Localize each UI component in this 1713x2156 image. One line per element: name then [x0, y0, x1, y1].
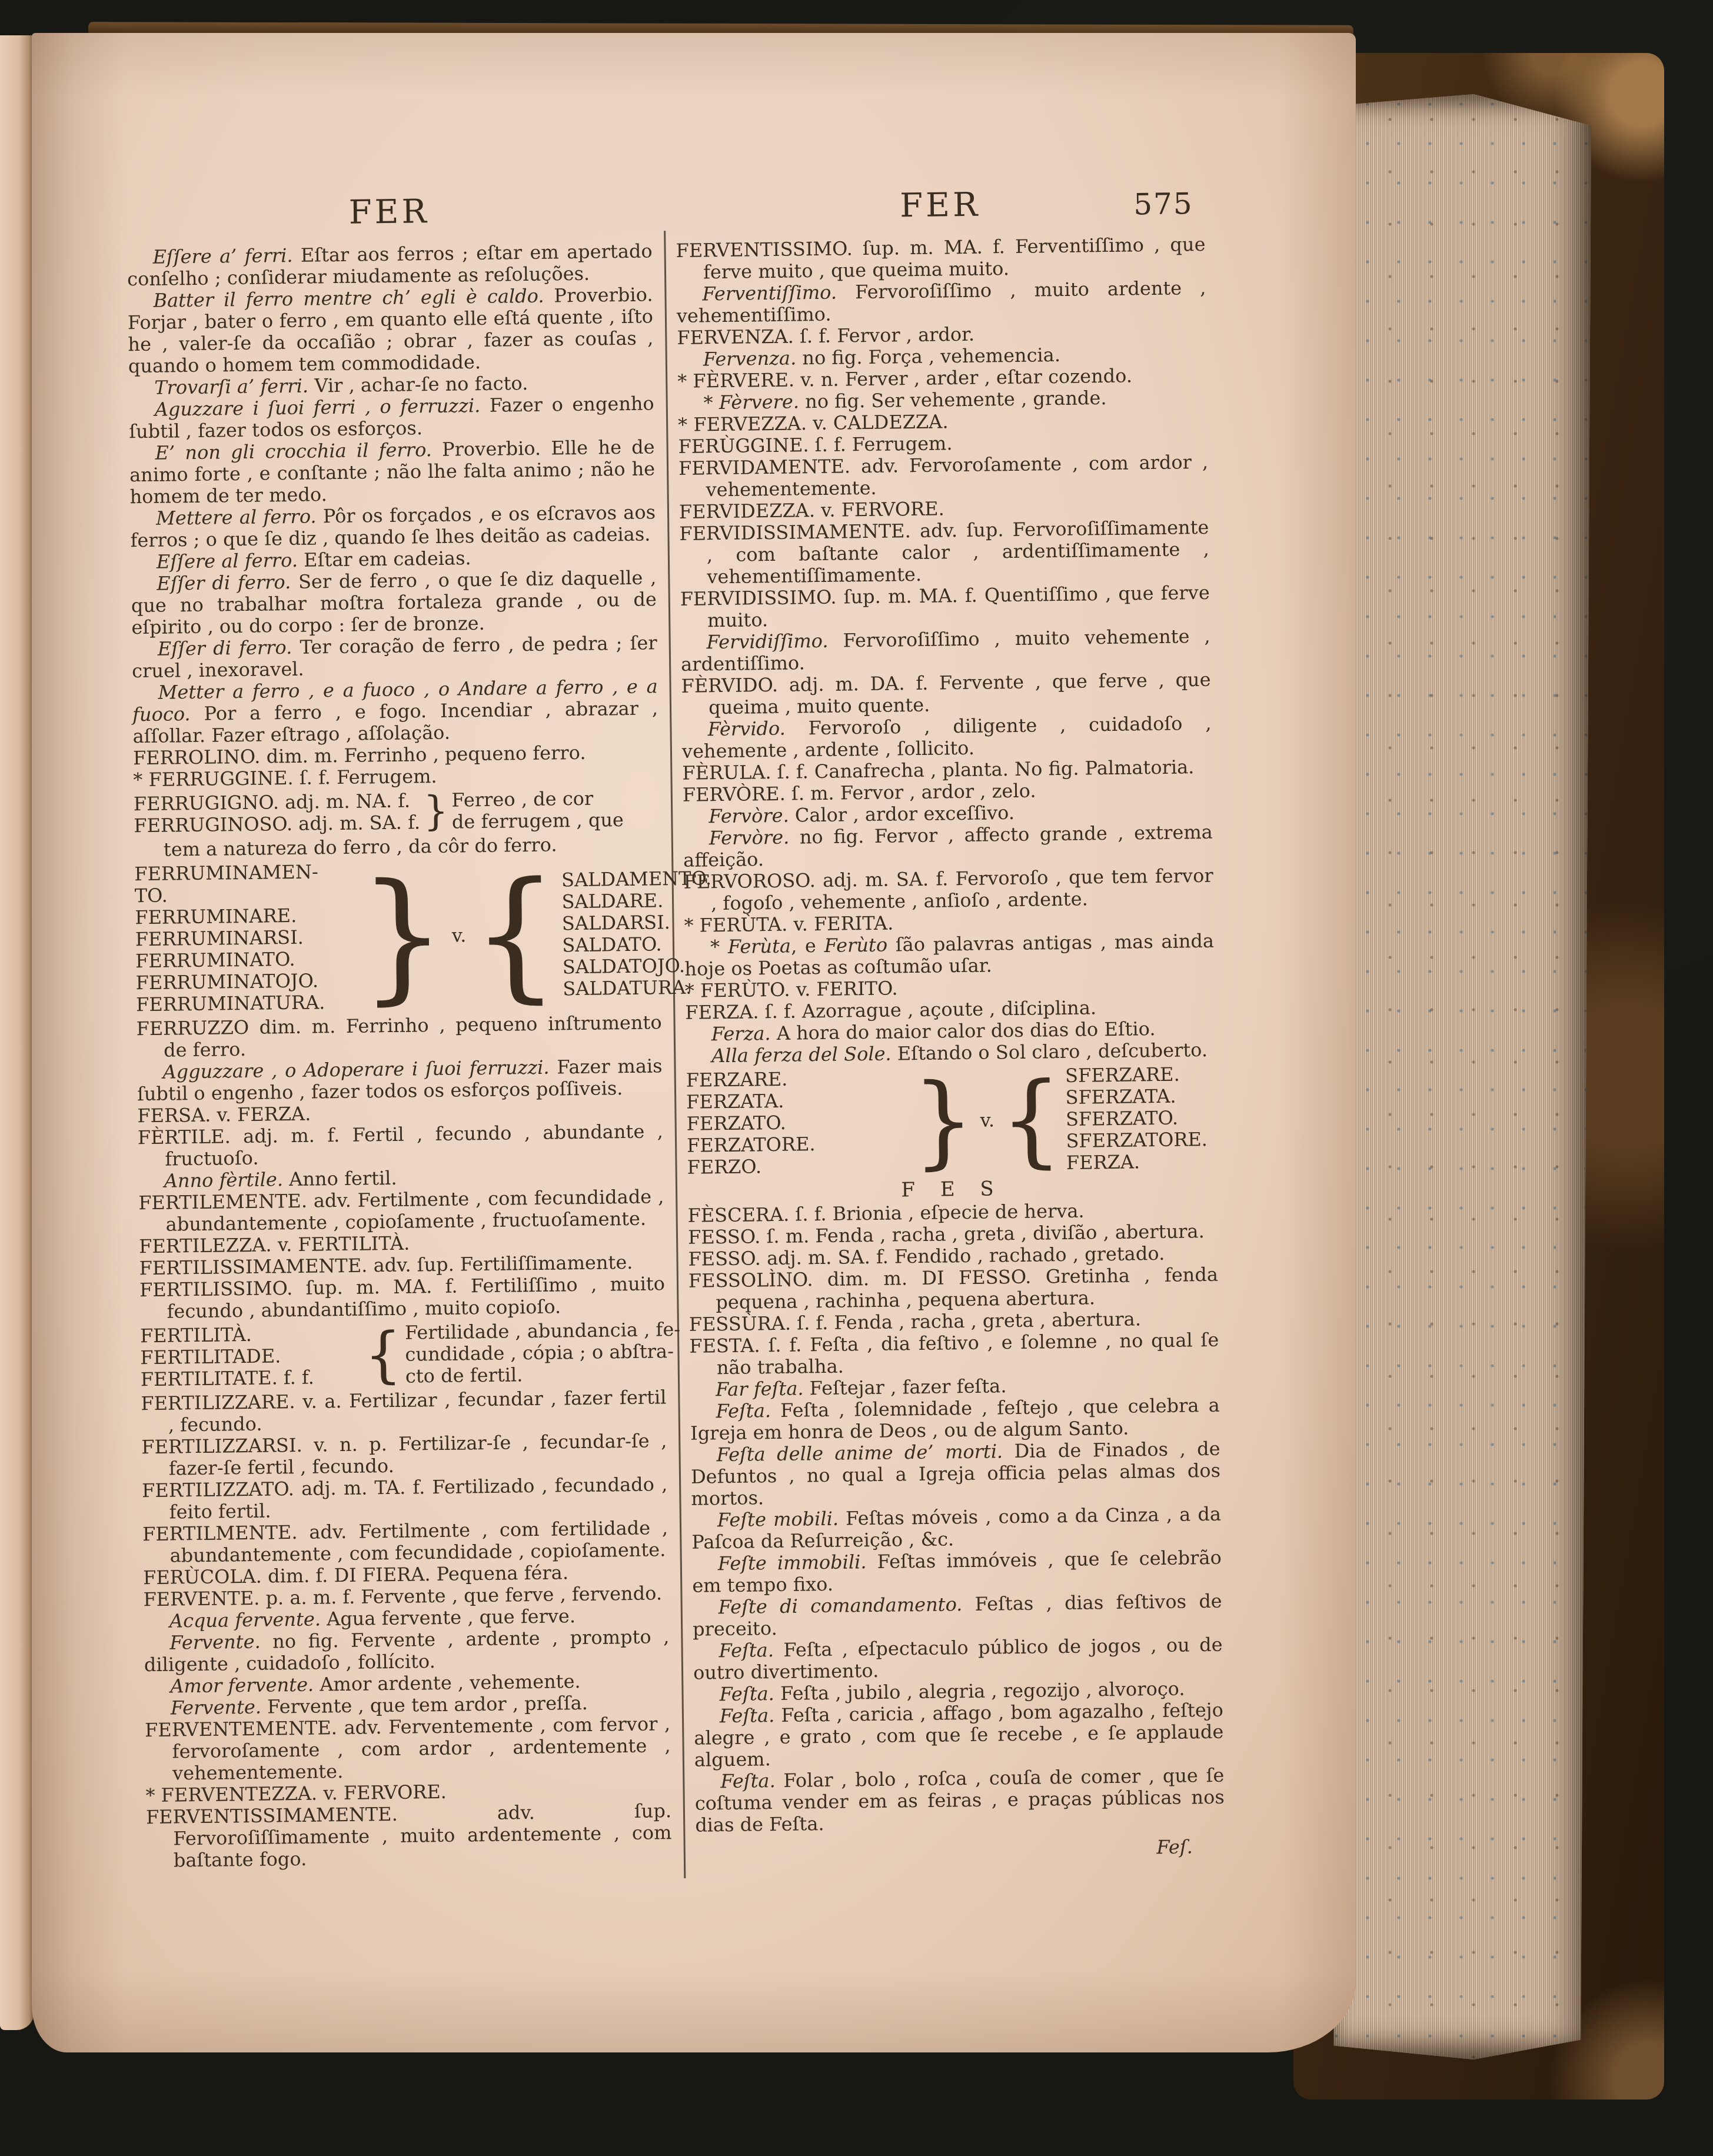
italic-run: Amor fervente. — [170, 1673, 314, 1698]
page-block-fore-edge — [1330, 94, 1591, 2059]
dictionary-entry: FERRUZZO dim. m. Ferrinho , pequeno inſt… — [136, 1012, 662, 1062]
usage-example: Feſte immobili. Feſtas immóveis , que ſe… — [692, 1547, 1222, 1597]
italic-run: Fervente. — [169, 1631, 261, 1654]
italic-run: Feſte mobili. — [717, 1508, 839, 1532]
roman-run: FESSOLÌNO. dim. m. DI FESSO. Gretinha , … — [688, 1263, 1218, 1313]
usage-example: Feſta delle anime de’ morti. Dia de Fina… — [690, 1438, 1220, 1510]
italic-run: Ferza. — [711, 1022, 771, 1045]
roman-run: FERVIDISSIMO. ſup. m. MA. f. Quentiſſimo… — [680, 581, 1210, 631]
italic-run: Fervente. — [171, 1696, 262, 1719]
roman-run: FERTILISSIMO. ſup. m. MA. f. Fertiliſſim… — [139, 1272, 665, 1322]
usage-example: Ferventiſſimo. Fervoroſiſſimo , muito ar… — [676, 277, 1206, 327]
usage-example: Feſte di comandamento. Feſtas , dias feſ… — [693, 1591, 1223, 1641]
dictionary-entry: FESTA. ſ. f. Feſta , dia feſtivo , e ſol… — [689, 1329, 1219, 1379]
italic-run: Eſſer di ferro. — [157, 571, 291, 595]
usage-example: Feſta. Feſta , caricia , affago , bom ag… — [694, 1699, 1224, 1771]
usage-example: Fèrvido. Fervoroſo , diligente , cuidado… — [681, 713, 1212, 763]
running-header-left: FER — [126, 189, 652, 234]
usage-example: Mettere al ferro. Pôr os forçados , e os… — [130, 501, 656, 551]
brace-left-item: FERRUMINARE. — [135, 904, 355, 929]
italic-run: Fèrvido. — [707, 717, 786, 741]
roman-run: FERVENTISSIMAMENTE. adv. ſup. Fervoroſiſ… — [146, 1799, 672, 1871]
dictionary-page: FER FER 575 Eſſere a’ ferri. Eſtar aos f… — [32, 33, 1356, 2052]
italic-run: Feſte di comandamento. — [718, 1593, 962, 1618]
italic-run: Eſſere al ferro. — [157, 549, 298, 573]
usage-example: Feſte mobili. Feſtas móveis , como a da … — [691, 1503, 1222, 1553]
roman-run: , e — [791, 934, 824, 957]
italic-run: Anno fèrtile. — [164, 1168, 284, 1192]
usage-example: Fervòre. no fig. Fervor , affecto grande… — [683, 821, 1213, 871]
roman-run: no fig. Ser vehemente , grande. — [799, 387, 1107, 412]
brace-left-item: FERZATA. — [686, 1089, 909, 1113]
brace-left-item: TO. — [135, 883, 355, 907]
dictionary-entry: FERTILEMENTE. adv. Fertilmente , com fec… — [138, 1186, 664, 1236]
roman-run: FERVENTISSIMO. ſup. m. MA. f. Ferventiſſ… — [676, 233, 1205, 283]
italic-run: Fervòre. — [709, 826, 790, 850]
brace-left-item: FERTILITÀ. — [140, 1323, 361, 1347]
roman-run: Por a ferro , e fogo. Incendiar , abraza… — [132, 697, 658, 747]
brace-right-item: cundidade , cópia ; o abſtra- — [405, 1340, 680, 1366]
curly-brace: } — [420, 793, 452, 830]
cross-reference-brace-group: FERZARE.FERZATA.FERZATO.FERZATORE.FERZO.… — [686, 1063, 1217, 1179]
brace-left-item: FERRUGINOSO. adj. m. SA. f. — [134, 811, 420, 837]
brace-left-item: FERZO. — [687, 1154, 909, 1179]
cross-reference-brace-group: FERRUGIGNO. adj. m. NA. f.FERRUGINOSO. a… — [134, 787, 660, 837]
brace-left-item: FERTILITATE. f. f. — [141, 1366, 361, 1391]
right-column: FERVENTISSIMO. ſup. m. MA. f. Ferventiſſ… — [676, 234, 1225, 1864]
italic-run: Fervidiſſimo. — [706, 630, 828, 654]
dictionary-entry: FERVENTEMENTE. adv. Ferventemente , com … — [145, 1713, 671, 1785]
brace-right-item: Ferreo , de cor — [451, 787, 623, 811]
dictionary-entry: FERTILISSIMO. ſup. m. MA. f. Fertiliſſim… — [139, 1273, 666, 1323]
usage-example: Eſſere a’ ferri. Eſtar aos ferros ; eſta… — [127, 240, 653, 290]
usage-example: Aguzzare i ſuoi ferri , o ferruzzi. Faze… — [129, 392, 655, 442]
usage-example: E’ non gli crocchia il ferro. Proverbio.… — [129, 436, 655, 508]
brace-right-item: SFERZATORE. — [1066, 1129, 1208, 1152]
dictionary-entry: FÈRTILE. adj. m. f. Fertil , fecundo , a… — [138, 1120, 664, 1170]
vide-label: v. — [977, 1109, 997, 1131]
italic-run: Fervòre. — [709, 804, 789, 828]
italic-run: Fervenza. — [703, 347, 797, 370]
roman-run: Feſtejar , fazer feſta. — [803, 1375, 1006, 1399]
roman-run: FERTILIZZARE. v. a. Fertilizar , fecunda… — [141, 1386, 666, 1436]
roman-run: FERVOROSO. adj. m. SA. f. Fervoroſo , qu… — [683, 864, 1213, 914]
curly-brace: { — [996, 1073, 1066, 1167]
roman-run: FERVIDAMENTE. adv. Fervoroſamente , com … — [678, 451, 1208, 501]
dictionary-entry: FESSOLÌNO. dim. m. DI FESSO. Gretinha , … — [688, 1264, 1219, 1314]
italic-run: Alla ferza del Sole. — [711, 1043, 892, 1067]
left-column: Eſſere a’ ferri. Eſtar aos ferros ; eſta… — [127, 240, 672, 1872]
usage-example: * Ferùta, e Ferùto ſão palavras antigas … — [684, 930, 1215, 980]
roman-run: Vir , achar-ſe no facto. — [308, 372, 528, 397]
usage-example: Feſta. Folar , bolo , roſca , couſa de c… — [694, 1765, 1225, 1836]
roman-run: FERVENTEMENTE. adv. Ferventemente , com … — [145, 1712, 671, 1784]
italic-run: Fèrvere. — [719, 390, 800, 414]
dictionary-entry: FERVOROSO. adj. m. SA. f. Fervoroſo , qu… — [683, 865, 1213, 915]
dictionary-entry: FERTILIZZATO. adj. m. TA. f. Fertilizado… — [142, 1473, 668, 1523]
brace-left-item: FERRUMINATO. — [135, 948, 356, 973]
brace-left-item: FERRUMINATOJO. — [135, 970, 356, 994]
usage-example: Fervente. no fig. Fervente , ardente , p… — [144, 1626, 670, 1676]
roman-run: FÈRVIDO. adj. m. DA. f. Fervente , que f… — [681, 668, 1210, 718]
usage-example: Agguzzare , o Adoperare i ſuoi ferruzzi.… — [137, 1055, 663, 1105]
printed-area: FER FER 575 Eſſere a’ ferri. Eſtar aos f… — [124, 26, 1232, 2059]
italic-run: Trovarſi a’ ferri. — [154, 375, 308, 399]
italic-run: Far feſta. — [716, 1377, 804, 1400]
roman-run: Calor , ardor exceſſivo. — [789, 801, 1015, 827]
usage-example: Batter il ferro mentre ch’ egli è caldo.… — [127, 284, 654, 377]
brace-left-item: FERRUMINARSI. — [135, 926, 356, 951]
brace-left-item: FERRUMINAMEN- — [134, 861, 355, 886]
roman-run: FERSA. v. FERZA. — [137, 1103, 311, 1127]
cross-reference-brace-group: FERRUMINAMEN-TO.FERRUMINARE.FERRUMINARSI… — [134, 857, 661, 1016]
curly-brace: { — [361, 1327, 405, 1383]
scanned-book-photo: { "page": { "header": { "left_title": "F… — [0, 0, 1713, 2156]
roman-run: FERTILEMENTE. adv. Fertilmente , com fec… — [138, 1185, 664, 1235]
dictionary-entry: FERTILIZZARSI. v. n. p. Fertilizar-ſe , … — [141, 1430, 667, 1480]
italic-run: Feſta. — [720, 1769, 776, 1792]
italic-run: Ferventiſſimo. — [702, 281, 837, 305]
roman-run: FERTILIZZARSI. v. n. p. Fertilizar-ſe , … — [141, 1429, 667, 1479]
roman-run: * — [703, 391, 719, 414]
italic-run: Feſta. — [719, 1682, 774, 1705]
roman-run: FERTILIZZATO. adj. m. TA. f. Fertilizado… — [142, 1473, 667, 1523]
italic-run: Feſta. — [719, 1639, 774, 1662]
catchword-text: Feſ. — [1156, 1835, 1193, 1858]
brace-right-item: SFERZATA. — [1065, 1085, 1207, 1109]
vide-label: v. — [450, 924, 469, 946]
roman-run: Anno fertil. — [283, 1167, 397, 1190]
italic-run: Ferùta — [728, 935, 791, 958]
brace-left-item: FERZARE. — [686, 1067, 909, 1092]
usage-example: Fervidiſſimo. Fervoroſiſſimo , muito veh… — [680, 625, 1210, 676]
roman-run: * — [710, 936, 728, 958]
curly-brace: } — [909, 1074, 979, 1167]
brace-right-item: FERZA. — [1066, 1150, 1208, 1174]
brace-right-item: SFERZATO. — [1066, 1107, 1208, 1130]
italic-run: Feſta. — [720, 1704, 775, 1727]
catchword: Feſ. — [696, 1836, 1225, 1864]
dictionary-entry: FERVENTISSIMO. ſup. m. MA. f. Ferventiſſ… — [676, 234, 1206, 284]
usage-example: Feſta. Feſta , ſolemnidade , feſtejo , q… — [690, 1395, 1220, 1445]
italic-run: Feſte immobili. — [718, 1551, 867, 1575]
italic-run: Feſta. — [716, 1399, 771, 1422]
roman-run: FERRUZZO dim. m. Ferrinho , pequeno inſt… — [136, 1011, 661, 1061]
roman-run: FÈRTILE. adj. m. f. Fertil , fecundo , a… — [138, 1120, 663, 1170]
roman-run: Eſtar em cadeias. — [298, 547, 471, 571]
roman-run: FESTA. ſ. f. Feſta , dia feſtivo , e ſol… — [689, 1329, 1219, 1379]
dictionary-entry: FERTILIZZARE. v. a. Fertilizar , fecunda… — [141, 1386, 667, 1436]
brace-right-item: de ferrugem , que — [452, 809, 624, 833]
italic-run: Ferùto — [824, 934, 887, 957]
brace-right-item: cto de fertil. — [405, 1362, 681, 1388]
brace-left-item: FERZATO. — [686, 1110, 909, 1135]
italic-run: Eſſere a’ ferri. — [152, 244, 292, 268]
brace-left-item: FERRUMINATURA. — [136, 992, 357, 1016]
usage-example: Eſſer di ferro. Ser de ferro , o que ſe … — [131, 567, 657, 638]
brace-left-item: FERZATORE. — [687, 1132, 909, 1157]
cross-reference-brace-group: FERTILITÀ.FERTILITADE.FERTILITATE. f. f.… — [140, 1319, 666, 1390]
dictionary-entry: FÈRVIDO. adj. m. DA. f. Fervente , que f… — [681, 669, 1211, 719]
dictionary-entry: FERVENTISSIMAMENTE. adv. ſup. Fervoroſiſ… — [146, 1800, 672, 1872]
page-number: 575 — [675, 187, 1193, 227]
italic-run: Aguzzare i ſuoi ferri , o ferruzzi. — [155, 394, 481, 421]
usage-example: Feſta. Feſta , eſpectaculo público de jo… — [693, 1634, 1223, 1684]
facing-page-sliver — [0, 35, 34, 2030]
usage-example: Eſſer di ferro. Ter coração de ferro , d… — [132, 632, 658, 682]
italic-run: Eſſer di ferro. — [158, 636, 292, 660]
roman-run: FERTILMENTE. adv. Fertilmente , com fert… — [142, 1516, 668, 1566]
dictionary-entry: FERTILMENTE. adv. Fertilmente , com fert… — [142, 1517, 668, 1567]
brace-right-item: SFERZARE. — [1065, 1063, 1207, 1087]
roman-run: * FERRUGGINE. ſ. f. Ferrugem. — [133, 765, 437, 791]
usage-example: Metter a ferro , e a fuoco , o Andare a … — [132, 676, 658, 747]
italic-run: Mettere al ferro. — [156, 505, 317, 529]
dictionary-entry: FERVIDAMENTE. adv. Fervoroſamente , com … — [678, 451, 1209, 501]
italic-run: Acqua fervente. — [169, 1608, 321, 1632]
dictionary-entry: FERVIDISSIMAMENTE. adv. ſup. Fervoroſiſſ… — [679, 517, 1209, 588]
roman-run: FERVIDISSIMAMENTE. adv. ſup. Fervoroſiſſ… — [679, 516, 1209, 588]
curly-brace: { — [468, 869, 563, 1000]
brace-left-item: FERTILITADE. — [140, 1345, 361, 1369]
dictionary-entry: FERVIDISSIMO. ſup. m. MA. f. Quentiſſimo… — [680, 582, 1210, 632]
roman-run: * FERÙTA. v. FERITA. — [684, 912, 893, 937]
roman-run: * FERÙTO. v. FERITO. — [685, 977, 898, 1002]
curly-brace: } — [355, 871, 450, 1002]
